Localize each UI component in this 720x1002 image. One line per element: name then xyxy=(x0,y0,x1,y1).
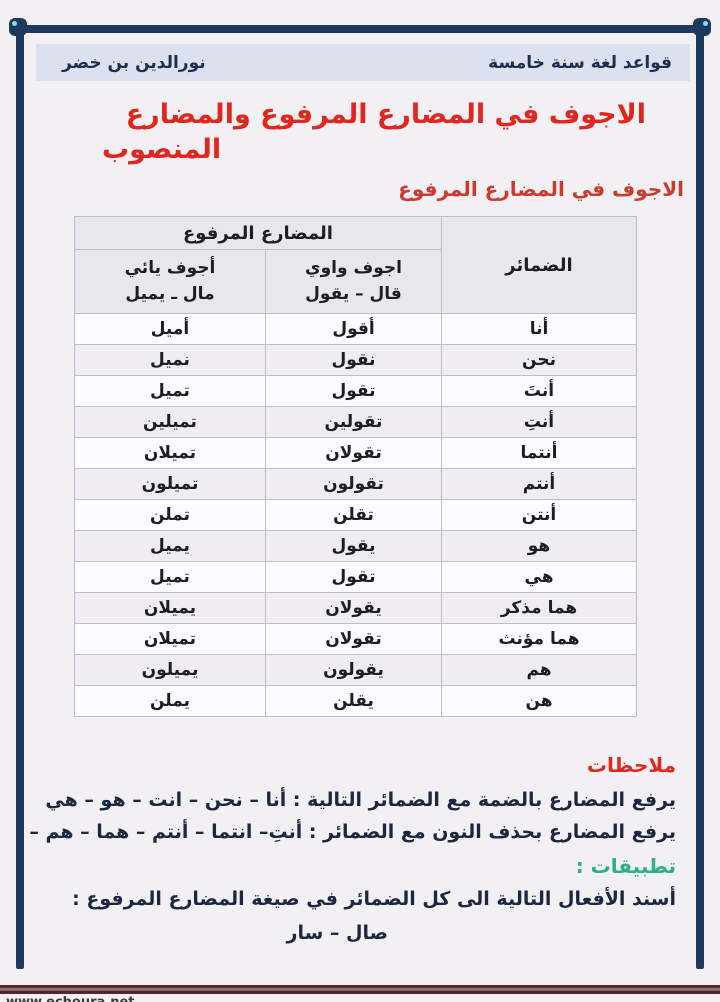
header-strip: قواعد لغة سنة خامسة نورالدين بن خضر xyxy=(36,44,690,81)
table-row: أنتماتقولانتميلان xyxy=(74,438,636,469)
table-row: هما مؤنثتقولانتميلان xyxy=(74,624,636,655)
table-row: هميقولونيميلون xyxy=(74,655,636,686)
ya-verb-cell: تميلين xyxy=(74,407,265,438)
pronoun-cell: أنتم xyxy=(442,469,637,500)
hollow-ya-example: مال ـ يميل xyxy=(75,282,265,308)
waw-verb-cell: يقول xyxy=(266,531,442,562)
table-row: أنتَتقولتميل xyxy=(74,376,636,407)
frame-top-border xyxy=(16,25,704,33)
notes-section: ملاحظات يرفع المضارع بالضمة مع الضمائر ا… xyxy=(36,753,690,944)
corner-knob-icon xyxy=(9,18,27,36)
pronoun-cell: هم xyxy=(442,655,637,686)
merged-column-header: المضارع المرفوع xyxy=(74,217,441,250)
website-url: www.echoura.net xyxy=(6,995,135,1002)
table-row: أنتنتقلنتملن xyxy=(74,500,636,531)
exercise-verbs: صال – سار xyxy=(36,922,676,944)
frame-left-border xyxy=(16,27,24,969)
pronoun-cell: هن xyxy=(442,686,637,717)
page-title: الاجوف في المضارع المرفوع والمضارع المنص… xyxy=(36,97,690,167)
ya-verb-cell: تميلون xyxy=(74,469,265,500)
ya-verb-cell: تميل xyxy=(74,376,265,407)
ya-verb-cell: أميل xyxy=(74,314,265,345)
ya-verb-cell: يملن xyxy=(74,686,265,717)
waw-verb-cell: أقول xyxy=(266,314,442,345)
note-line-damma: يرفع المضارع بالضمة مع الضمائر التالية :… xyxy=(36,785,676,816)
waw-verb-cell: نقول xyxy=(266,345,442,376)
waw-verb-cell: تقلن xyxy=(266,500,442,531)
table-row: أنتِتقولينتميلين xyxy=(74,407,636,438)
table-row: أناأقولأميل xyxy=(74,314,636,345)
pronouns-column-header: الضمائر xyxy=(442,217,637,314)
course-label: قواعد لغة سنة خامسة xyxy=(488,53,672,73)
ya-verb-cell: تملن xyxy=(74,500,265,531)
waw-verb-cell: تقول xyxy=(266,562,442,593)
pronoun-cell: هي xyxy=(442,562,637,593)
knob-gleam-icon xyxy=(12,21,17,26)
pronoun-cell: نحن xyxy=(442,345,637,376)
waw-verb-cell: يقولون xyxy=(266,655,442,686)
table-row: هويقوليميل xyxy=(74,531,636,562)
table-row: هما مذكريقولانيميلان xyxy=(74,593,636,624)
applications-heading: تطبيقات : xyxy=(36,854,676,878)
waw-verb-cell: تقولان xyxy=(266,624,442,655)
hollow-ya-label: أجوف يائي xyxy=(75,256,265,282)
page-title-line2: المنصوب xyxy=(36,132,690,167)
exercise-instruction: أسند الأفعال التالية الى كل الضمائر في ص… xyxy=(36,888,676,910)
pronoun-cell: هو xyxy=(442,531,637,562)
table-row: هنيقلنيملن xyxy=(74,686,636,717)
pronoun-cell: هما مؤنث xyxy=(442,624,637,655)
table-row: هيتقولتميل xyxy=(74,562,636,593)
page-title-line1: الاجوف في المضارع المرفوع والمضارع xyxy=(36,97,690,132)
table-row: نحننقولنميل xyxy=(74,345,636,376)
waw-verb-cell: تقول xyxy=(266,376,442,407)
worksheet-page: قواعد لغة سنة خامسة نورالدين بن خضر الاج… xyxy=(0,0,720,1002)
ya-verb-cell: تميلان xyxy=(74,438,265,469)
waw-verb-cell: يقلن xyxy=(266,686,442,717)
waw-verb-cell: يقولان xyxy=(266,593,442,624)
pronoun-cell: أنتما xyxy=(442,438,637,469)
hollow-waw-label: اجوف واوي xyxy=(266,256,441,282)
pronoun-cell: أنتن xyxy=(442,500,637,531)
author-name: نورالدين بن خضر xyxy=(62,53,206,73)
waw-verb-cell: تقولون xyxy=(266,469,442,500)
ya-verb-cell: تميلان xyxy=(74,624,265,655)
notes-heading: ملاحظات xyxy=(36,753,676,777)
section-subtitle: الاجوف في المضارع المرفوع xyxy=(36,177,690,201)
pronoun-cell: أنتِ xyxy=(442,407,637,438)
page-content: قواعد لغة سنة خامسة نورالدين بن خضر الاج… xyxy=(36,44,690,944)
knob-gleam-icon xyxy=(703,21,708,26)
pronoun-cell: أنا xyxy=(442,314,637,345)
bottom-divider xyxy=(0,985,720,994)
hollow-waw-example: قال – يقول xyxy=(266,282,441,308)
table-row: أنتمتقولونتميلون xyxy=(74,469,636,500)
ya-verb-cell: يميلان xyxy=(74,593,265,624)
frame-right-border xyxy=(696,27,704,969)
waw-verb-cell: تقولين xyxy=(266,407,442,438)
ya-verb-cell: يميل xyxy=(74,531,265,562)
corner-knob-icon xyxy=(693,18,711,36)
waw-verb-cell: تقولان xyxy=(266,438,442,469)
pronoun-cell: هما مذكر xyxy=(442,593,637,624)
conjugation-table: الضمائر المضارع المرفوع اجوف واوي قال – … xyxy=(74,216,637,717)
ya-verb-cell: تميل xyxy=(74,562,265,593)
table-header-row: الضمائر المضارع المرفوع xyxy=(74,217,636,250)
hollow-ya-column-header: أجوف يائي مال ـ يميل xyxy=(74,250,265,314)
pronoun-cell: أنتَ xyxy=(442,376,637,407)
note-line-noon-deletion: يرفع المضارع بحذف النون مع الضمائر : أنت… xyxy=(36,817,676,848)
ya-verb-cell: يميلون xyxy=(74,655,265,686)
ya-verb-cell: نميل xyxy=(74,345,265,376)
hollow-waw-column-header: اجوف واوي قال – يقول xyxy=(266,250,442,314)
